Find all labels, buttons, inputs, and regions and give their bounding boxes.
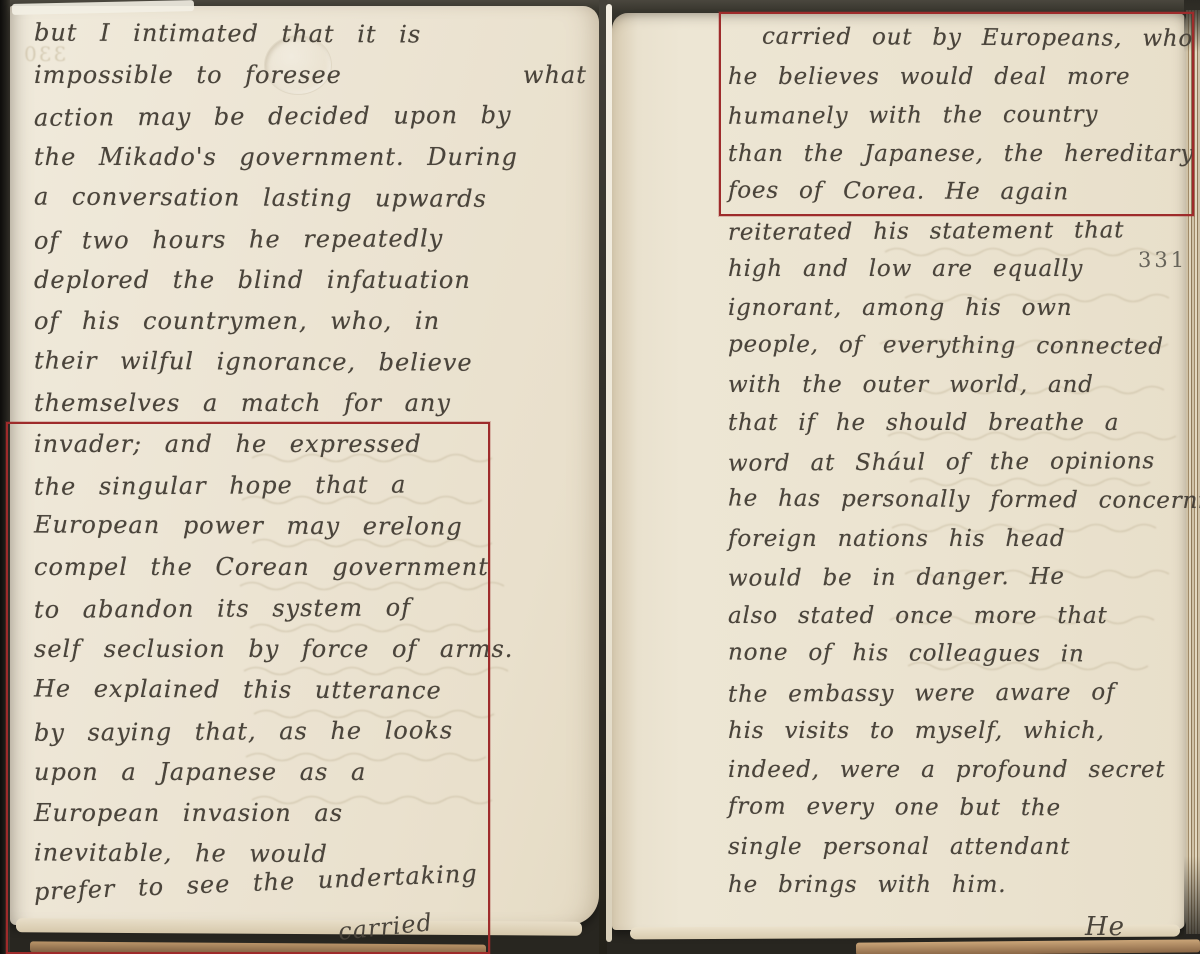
handwritten-line: ignorant, among his own xyxy=(728,289,1200,328)
handwritten-line: from every one but the xyxy=(728,787,1200,829)
handwritten-line: the Mikado's government. During xyxy=(34,137,623,178)
handwritten-line: high and low are equally xyxy=(728,250,1200,289)
handwritten-line: themselves a match for any xyxy=(34,383,623,424)
handwritten-line: a conversation lasting upwards xyxy=(34,176,623,220)
handwritten-line: impossible to foresee what xyxy=(34,55,623,96)
bottom-right-page-edges xyxy=(856,939,1200,954)
handwritten-line: his visits to myself, which, xyxy=(728,712,1200,751)
handwritten-line: their wilful ignorance, believe xyxy=(34,340,623,384)
handwritten-line: of his countrymen, who, in xyxy=(34,301,623,342)
handwritten-line: action may be decided upon by xyxy=(34,94,623,139)
handwritten-line: also stated once more that xyxy=(728,597,1200,636)
handwritten-line: he brings with him. xyxy=(728,866,1200,905)
handwritten-line: the embassy were aware of xyxy=(728,672,1200,714)
handwritten-line: word at Shául of the opinions xyxy=(728,441,1200,483)
handwritten-line: none of his colleagues in xyxy=(728,633,1200,675)
handwritten-line: people, of everything connected xyxy=(728,325,1200,367)
handwritten-line: indeed, were a profound secret xyxy=(728,751,1200,790)
page-number-stamp: 331 xyxy=(1138,248,1187,272)
right-catchword: He xyxy=(1085,912,1125,942)
handwritten-line: deplored the blind infatuation xyxy=(34,260,623,301)
handwritten-line: with the outer world, and xyxy=(728,366,1200,405)
red-annotation-box-right xyxy=(719,12,1194,216)
handwritten-line: he has personally formed concerning xyxy=(728,479,1200,521)
handwritten-line: single personal attendant xyxy=(728,828,1200,867)
handwritten-line: foreign nations his head xyxy=(728,520,1200,559)
red-annotation-box-left xyxy=(6,422,490,954)
handwritten-line: of two hours he repeatedly xyxy=(34,217,623,262)
handwritten-line: would be in danger. He xyxy=(728,556,1200,598)
handwritten-line: reiterated his statement that xyxy=(728,210,1200,252)
manuscript-scan: 330 but I intimated that it isimpossible… xyxy=(0,0,1200,954)
handwritten-line: that if he should breathe a xyxy=(728,404,1200,443)
handwritten-line: but I intimated that it is xyxy=(34,12,623,56)
